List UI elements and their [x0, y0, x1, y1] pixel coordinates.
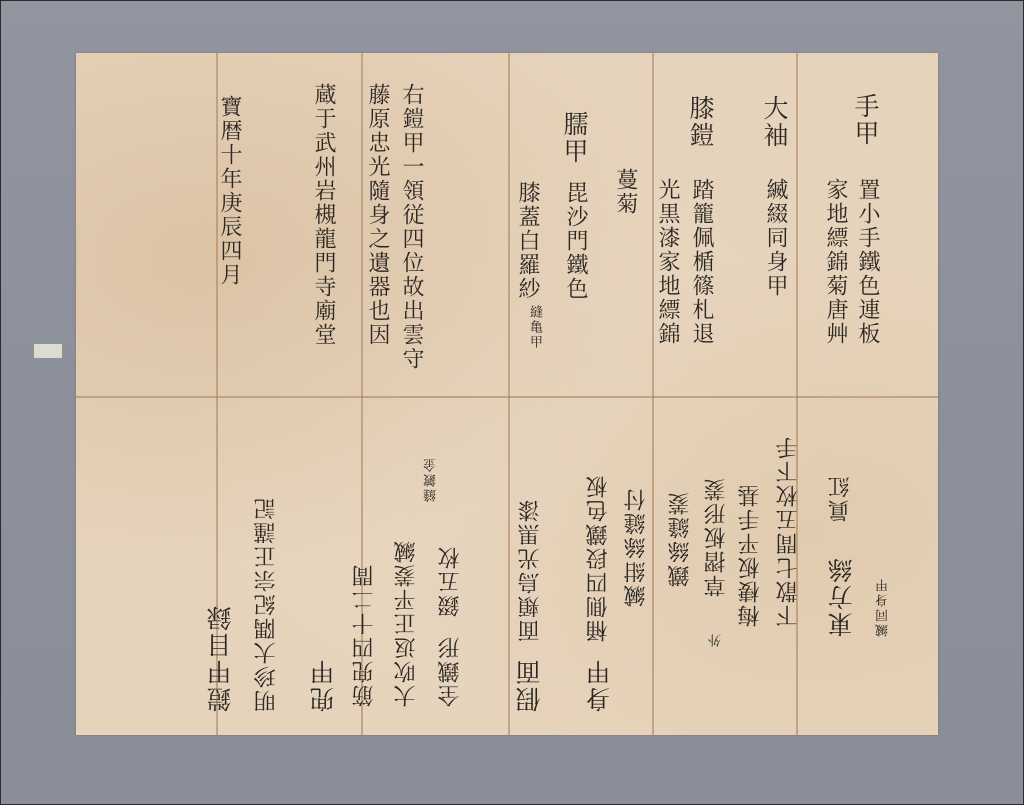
colophon-line: 蔵于武州岩槻龍門寺廟堂	[312, 83, 334, 347]
document-title: 鎧甲目録	[208, 604, 233, 712]
tape-piece	[34, 344, 62, 358]
kabuto-desc: 錣五枚	[440, 545, 462, 617]
dou-desc: 桶側四段鐵色板	[588, 474, 610, 642]
kabuto-desc: 全鐵形	[440, 635, 462, 707]
upper-half: 手甲 置小手鐵色連板 家地縹錦菊唐艸 大袖 縅綴同身甲 膝鎧 踏籠佩楯篠札退 光…	[76, 53, 938, 394]
tekko-desc: 置小手鐵色連板	[856, 178, 878, 346]
kusazuri-desc: 下散七間五枚下手	[778, 435, 800, 627]
tsuru-desc: 眞紅	[830, 474, 852, 522]
kabuto-note: 縫鍍金	[425, 457, 438, 502]
kabuto-desc: 筋兜四十二間	[354, 563, 376, 707]
kabuto-label: 兜甲	[311, 658, 336, 712]
tekko-label: 手甲	[853, 93, 878, 147]
date-line: 寶暦十年庚辰四月	[218, 95, 240, 287]
tsuru-label: 東方絲	[829, 556, 854, 637]
osode-desc: 縅綴同身甲	[764, 178, 786, 298]
document-sheet: 手甲 置小手鐵色連板 家地縹錦菊唐艸 大袖 縅綴同身甲 膝鎧 踏籠佩楯篠札退 光…	[76, 53, 938, 735]
colophon-line: 右鎧甲一領従四位故出雲守	[400, 83, 422, 371]
suneate-label: 臑甲	[562, 111, 587, 165]
tekko-desc: 家地縹錦菊唐艸	[824, 178, 846, 346]
kusazuri-desc: 梅棲板平手基	[740, 483, 762, 627]
colophon-line: 藤原忠光隨身之遺器也因	[366, 83, 388, 347]
lower-half: 鎧甲目録 明珍大隅紀宗正謹記 兜甲 全鐵形 筋兜四十二間 大吹返正平菱縅 錣五枚…	[76, 396, 938, 737]
dou-desc: 假面	[517, 658, 542, 712]
haidate-desc: 蔓菊	[614, 168, 636, 216]
suneate-desc: 毘沙門鐵色	[564, 181, 586, 301]
haidate-desc: 光黒漆家地縹錦	[656, 178, 678, 346]
suneate-note: 縫亀甲	[528, 305, 541, 350]
dou-desc: 縅紺絲縫付	[626, 487, 648, 607]
dou-note: 外	[710, 632, 723, 647]
tsuru-note: 縅同身甲	[877, 577, 890, 637]
kusazuri-desc: 草摺板形菱	[706, 477, 728, 597]
dou-desc: 鐵絲縫菱	[670, 491, 692, 587]
dou-label: 身甲	[587, 658, 612, 712]
haidate-desc: 踏籠佩楯篠札退	[690, 178, 712, 346]
suneate-desc: 膝蓋白羅紗	[516, 181, 538, 301]
haidate-label: 膝鎧	[688, 95, 713, 149]
dou-desc: 面頬烏光黒漆	[520, 498, 542, 642]
author-line: 明珍大隅紀宗正謹記	[256, 496, 278, 712]
kabuto-desc: 大吹返正平菱縅	[396, 539, 418, 707]
osode-label: 大袖	[762, 95, 787, 149]
